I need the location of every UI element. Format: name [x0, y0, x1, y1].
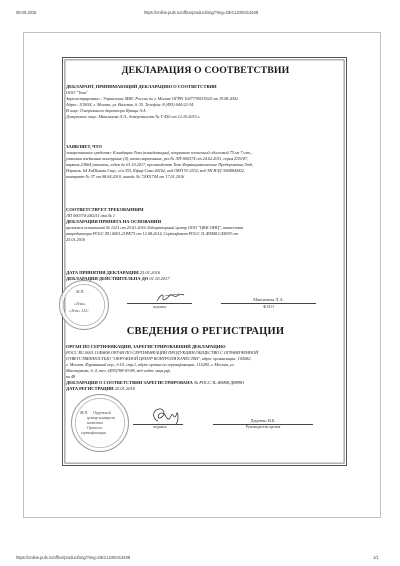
declarant-signature-caption: подпись: [127, 305, 192, 309]
certification-body-section: ОРГАН ПО СЕРТИФИКАЦИИ, ЗАРЕГИСТРИРОВАВШИ…: [66, 344, 344, 380]
print-footer-url: https://online.puls.ru/office/product/im…: [16, 555, 130, 560]
product-line-5: контракт № 37 от 08.04.2010, инвойс № 72…: [66, 174, 344, 180]
registration-number: № РОСС IL.ФМ08.Д88981: [194, 380, 245, 385]
certification-name-caption: Руководитель органа: [213, 425, 313, 429]
certification-signature-caption: подпись: [145, 425, 175, 429]
registration-info-section: ДЕКЛАРАЦИЯ О СООТВЕТСТВИИ ЗАРЕГИСТРИРОВА…: [66, 380, 344, 392]
declarant-proxy: Доверенное лицо: Максимова Л.А., доверен…: [66, 114, 344, 120]
registration-date-row: ДАТА РЕГИСТРАЦИИ 25.01.2016: [66, 386, 344, 392]
declarant-section: ДЕКЛАРАНТ, ПРИНИМАЮЩИЙ ДЕКЛАРАЦИЮ О СООТ…: [66, 84, 344, 120]
stamp-text-company: «Тева»: [74, 301, 86, 306]
declarant-signer-name: Максимова Л.А.: [221, 297, 316, 302]
certification-signer-name: Диденко И.Б.: [213, 418, 313, 423]
declarant-signature-line: [127, 303, 192, 304]
declarant-name-line: [221, 303, 316, 304]
declaration-document: ДЕКЛАРАЦИЯ О СООТВЕТСТВИИ ДЕКЛАРАНТ, ПРИ…: [62, 57, 347, 466]
registration-title: СВЕДЕНИЯ О РЕГИСТРАЦИИ: [63, 326, 348, 337]
stamp-text-llc: «Teva» LLC: [69, 308, 89, 313]
acceptance-date-label: ДАТА ПРИНЯТИЯ ДЕКЛАРАЦИИ: [66, 270, 139, 275]
stamp-text-mp: М.П.: [76, 289, 84, 294]
registered-label: ДЕКЛАРАЦИЯ О СООТВЕТСТВИИ ЗАРЕГИСТРИРОВА…: [66, 380, 193, 385]
registration-date-label: ДАТА РЕГИСТРАЦИИ: [66, 386, 114, 391]
print-date: 08.06.2016: [16, 10, 36, 15]
print-url: https://online.puls.ru/office/product/im…: [144, 10, 258, 15]
basis-line-3: 25.01.2016: [66, 237, 344, 243]
document-title: ДЕКЛАРАЦИЯ О СООТВЕТСТВИИ: [63, 65, 348, 76]
dates-section: ДАТА ПРИНЯТИЯ ДЕКЛАРАЦИИ 25.01.2016 ДЕКЛ…: [66, 270, 344, 282]
declarant-name-caption: Ф.И.О: [221, 305, 316, 309]
valid-until-row: ДЕКЛАРАЦИЯ ДЕЙСТВИТЕЛЬНА ДО 01.10.2017: [66, 276, 344, 282]
cert-stamp-line-5: сертификации: [81, 430, 106, 435]
signature-scribble-icon: [148, 407, 182, 425]
valid-until-value: 01.10.2017: [149, 276, 169, 281]
registration-date-value: 25.01.2016: [115, 386, 135, 391]
conforms-section: СООТВЕТСТВУЕТ ТРЕБОВАНИЯМ ЛП 000374-2402…: [66, 207, 344, 219]
basis-section: ДЕКЛАРАЦИЯ ПРИНЯТА НА ОСНОВАНИИ протокол…: [66, 219, 344, 243]
page-number: 1/1: [373, 555, 379, 560]
statement-section: ЗАЯВЛЯЕТ, ЧТО лекарственное средство: Кл…: [66, 144, 344, 180]
acceptance-date-value: 25.01.2016: [140, 270, 160, 275]
signature-scribble-icon: [155, 290, 185, 304]
